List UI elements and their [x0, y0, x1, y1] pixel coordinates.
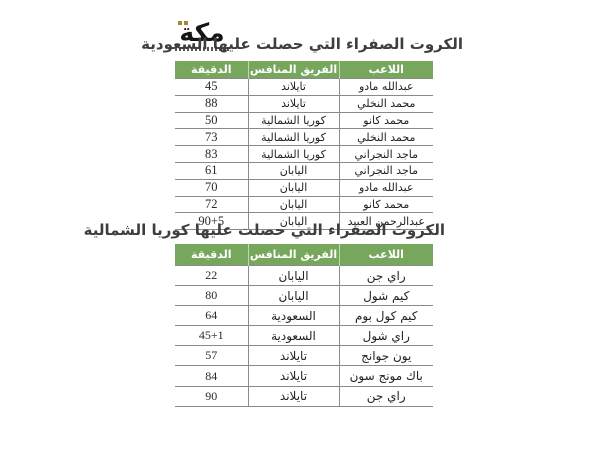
- opponent-cell: السعودية: [248, 326, 339, 346]
- player-cell: راي جن: [339, 386, 433, 406]
- table-row: ماجد النجراني اليابان 61: [175, 162, 433, 179]
- player-cell: ماجد النجراني: [339, 146, 433, 163]
- section-title-saudi: الكروت الصفراء التي حصلت عليها السعودية: [141, 34, 463, 54]
- player-cell: ماجد النجراني: [339, 162, 433, 179]
- player-cell: محمد كانو: [339, 112, 433, 129]
- minute-cell: 45+1: [175, 326, 248, 346]
- table-row: كيم شول اليابان 80: [175, 286, 433, 306]
- infographic-canvas: مكة الكروت الصفراء التي حصلت عليها السعو…: [0, 0, 600, 450]
- column-header-player: اللاعب: [339, 61, 433, 79]
- table-header-row: اللاعب الفريق المنافس الدقيقة: [175, 61, 433, 79]
- opponent-cell: كوريا الشمالية: [248, 112, 339, 129]
- minute-cell: 90: [175, 386, 248, 406]
- opponent-cell: تايلاند: [248, 79, 339, 96]
- table-row: محمد كانو اليابان 72: [175, 196, 433, 213]
- minute-cell: 64: [175, 306, 248, 326]
- opponent-cell: اليابان: [248, 286, 339, 306]
- opponent-cell: اليابان: [248, 196, 339, 213]
- player-cell: راي شول: [339, 326, 433, 346]
- player-cell: يون جوانج: [339, 346, 433, 366]
- yellow-cards-table-north-korea: اللاعب الفريق المنافس الدقيقة راي جن الي…: [175, 244, 433, 407]
- minute-cell: 84: [175, 366, 248, 386]
- table-row: عبدالله مادو تايلاند 45: [175, 79, 433, 96]
- minute-cell: 57: [175, 346, 248, 366]
- minute-cell: 83: [175, 146, 248, 163]
- column-header-minute: الدقيقة: [175, 244, 248, 266]
- table-row: باك مونج سون تايلاند 84: [175, 366, 433, 386]
- table-row: محمد النخلي تايلاند 88: [175, 95, 433, 112]
- table-row: راي شول السعودية 45+1: [175, 326, 433, 346]
- opponent-cell: تايلاند: [248, 95, 339, 112]
- opponent-cell: تايلاند: [248, 386, 339, 406]
- table-row: عبدالله مادو اليابان 70: [175, 179, 433, 196]
- minute-cell: 72: [175, 196, 248, 213]
- table-header-row: اللاعب الفريق المنافس الدقيقة: [175, 244, 433, 266]
- table-row: كيم كول بوم السعودية 64: [175, 306, 433, 326]
- minute-cell: 61: [175, 162, 248, 179]
- opponent-cell: اليابان: [248, 162, 339, 179]
- minute-cell: 88: [175, 95, 248, 112]
- column-header-minute: الدقيقة: [175, 61, 248, 79]
- minute-cell: 80: [175, 286, 248, 306]
- opponent-cell: السعودية: [248, 306, 339, 326]
- minute-cell: 45: [175, 79, 248, 96]
- player-cell: كيم كول بوم: [339, 306, 433, 326]
- minute-cell: 50: [175, 112, 248, 129]
- table-row: راي جن اليابان 22: [175, 266, 433, 286]
- player-cell: عبدالله مادو: [339, 79, 433, 96]
- player-cell: محمد النخلي: [339, 95, 433, 112]
- column-header-opponent: الفريق المنافس: [248, 244, 339, 266]
- opponent-cell: تايلاند: [248, 366, 339, 386]
- player-cell: محمد النخلي: [339, 129, 433, 146]
- minute-cell: 22: [175, 266, 248, 286]
- table-row: محمد كانو كوريا الشمالية 50: [175, 112, 433, 129]
- player-cell: باك مونج سون: [339, 366, 433, 386]
- minute-cell: 73: [175, 129, 248, 146]
- yellow-cards-table-saudi: اللاعب الفريق المنافس الدقيقة عبدالله ما…: [175, 61, 433, 230]
- player-cell: كيم شول: [339, 286, 433, 306]
- minute-cell: 70: [175, 179, 248, 196]
- player-cell: محمد كانو: [339, 196, 433, 213]
- column-header-player: اللاعب: [339, 244, 433, 266]
- opponent-cell: كوريا الشمالية: [248, 146, 339, 163]
- opponent-cell: تايلاند: [248, 346, 339, 366]
- player-cell: عبدالله مادو: [339, 179, 433, 196]
- table-row: يون جوانج تايلاند 57: [175, 346, 433, 366]
- section-title-north-korea: الكروت الصفراء التي حصلت عليها كوريا الش…: [84, 220, 445, 240]
- logo-ornament-dots-icon: [178, 21, 188, 25]
- table-row: راي جن تايلاند 90: [175, 386, 433, 406]
- column-header-opponent: الفريق المنافس: [248, 61, 339, 79]
- player-cell: راي جن: [339, 266, 433, 286]
- opponent-cell: اليابان: [248, 179, 339, 196]
- opponent-cell: كوريا الشمالية: [248, 129, 339, 146]
- table-row: ماجد النجراني كوريا الشمالية 83: [175, 146, 433, 163]
- opponent-cell: اليابان: [248, 266, 339, 286]
- table-row: محمد النخلي كوريا الشمالية 73: [175, 129, 433, 146]
